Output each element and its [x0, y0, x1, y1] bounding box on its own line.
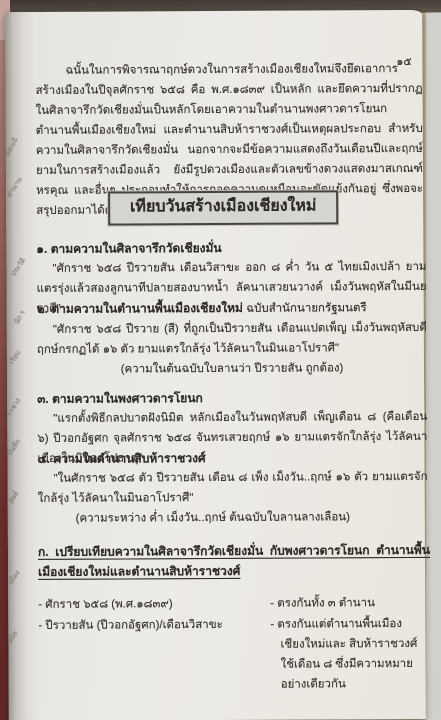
section-1-heading: ๑. ตามความในศิลาจารึกวัดเชียงมั่น	[36, 237, 426, 259]
section-1-number: ๑.	[36, 242, 47, 256]
section-2-note: (ความในต้นฉบับใบลานว่า ปีรวายสัน ถูกต้อง…	[37, 358, 427, 380]
page-content: ๑๕ ฉนั้นในการพิจารณาฤกษ์ดวงในการสร้างเมื…	[5, 10, 426, 720]
section-2-number: ๒.	[37, 302, 48, 316]
comparison-list: - ศักราช ๖๕๘ (พ.ศ.๑๘๓๙) - ตรงกันทั้ง ๓ ต…	[38, 593, 431, 697]
comparison-row-right: - ตรงกันทั้ง ๓ ตำนาน	[270, 593, 430, 614]
section-2-subtitle: ฉบับสำนักนายกรัฐมนตรี	[246, 302, 366, 315]
section-4: ๔. ความในตำนานสิบห้าราชวงศ์ "ในศักราช ๖๕…	[37, 447, 427, 529]
title-box: เทียบวันสร้างเมืองเชียงใหม่	[108, 190, 338, 225]
section-2: ๒. ตามความในตำนานพื้นเมืองเชียงใหม่ ฉบับ…	[37, 297, 427, 380]
section-4-number: ๔.	[37, 452, 49, 466]
book-page: หลักเมื ตำนาน ประวัติ นัก ร เรียบ ราชวง …	[5, 10, 426, 720]
section-1-title: ตามความในศิลาจารึกวัดเชียงมั่น	[51, 241, 222, 256]
book-photo: หลักเมื ตำนาน ประวัติ นัก ร เรียบ ราชวง …	[0, 0, 441, 720]
section-3-number: ๓.	[37, 392, 49, 406]
section-3-title: ตามความในพงศาวดารโยนก	[52, 391, 203, 406]
section-4-title: ความในตำนานสิบห้าราชวงศ์	[53, 451, 205, 466]
comparison-row-left: - ศักราช ๖๕๘ (พ.ศ.๑๘๓๙)	[38, 594, 270, 615]
section-3-heading: ๓. ตามความในพงศาวดารโยนก	[37, 387, 427, 409]
page-title: เทียบวันสร้างเมืองเชียงใหม่	[130, 197, 317, 215]
section-4-heading: ๔. ความในตำนานสิบห้าราชวงศ์	[37, 447, 427, 469]
section-4-note: (ความระหว่าง ค่ำ เม็งวัน..ฤกษ์ ต้นฉบับใบ…	[38, 507, 428, 529]
section-2-body: "ศักราช ๖๕๘ ปีรวาย (สี) ที่ถูกเป็นปีรวาย…	[37, 318, 427, 360]
comparison-row: - ปีรวายสัน (ปีวอกอัฐศก)/เดือนวิสาขะ - ต…	[38, 614, 430, 696]
comparison-row-right: - ตรงกันแต่ตำนานพื้นเมืองเชียงใหม่และ สิ…	[270, 614, 430, 695]
section-2-title: ตามความในตำนานพื้นเมืองเชียงใหม่	[51, 301, 243, 316]
comparison-row: - ศักราช ๖๕๘ (พ.ศ.๑๘๓๙) - ตรงกันทั้ง ๓ ต…	[38, 593, 430, 615]
section-4-body: "ในศักราช ๖๕๘ ตัว ปีรวายสัน เดือน ๘ เพ็ง…	[38, 467, 428, 509]
comparison-row-left: - ปีรวายสัน (ปีวอกอัฐศก)/เดือนวิสาขะ	[38, 615, 270, 696]
section-2-heading: ๒. ตามความในตำนานพื้นเมืองเชียงใหม่ ฉบับ…	[37, 297, 427, 320]
comparison-heading: ก. เปรียบเทียบความในศิลาจารึกวัดเชียงมั่…	[38, 540, 430, 582]
